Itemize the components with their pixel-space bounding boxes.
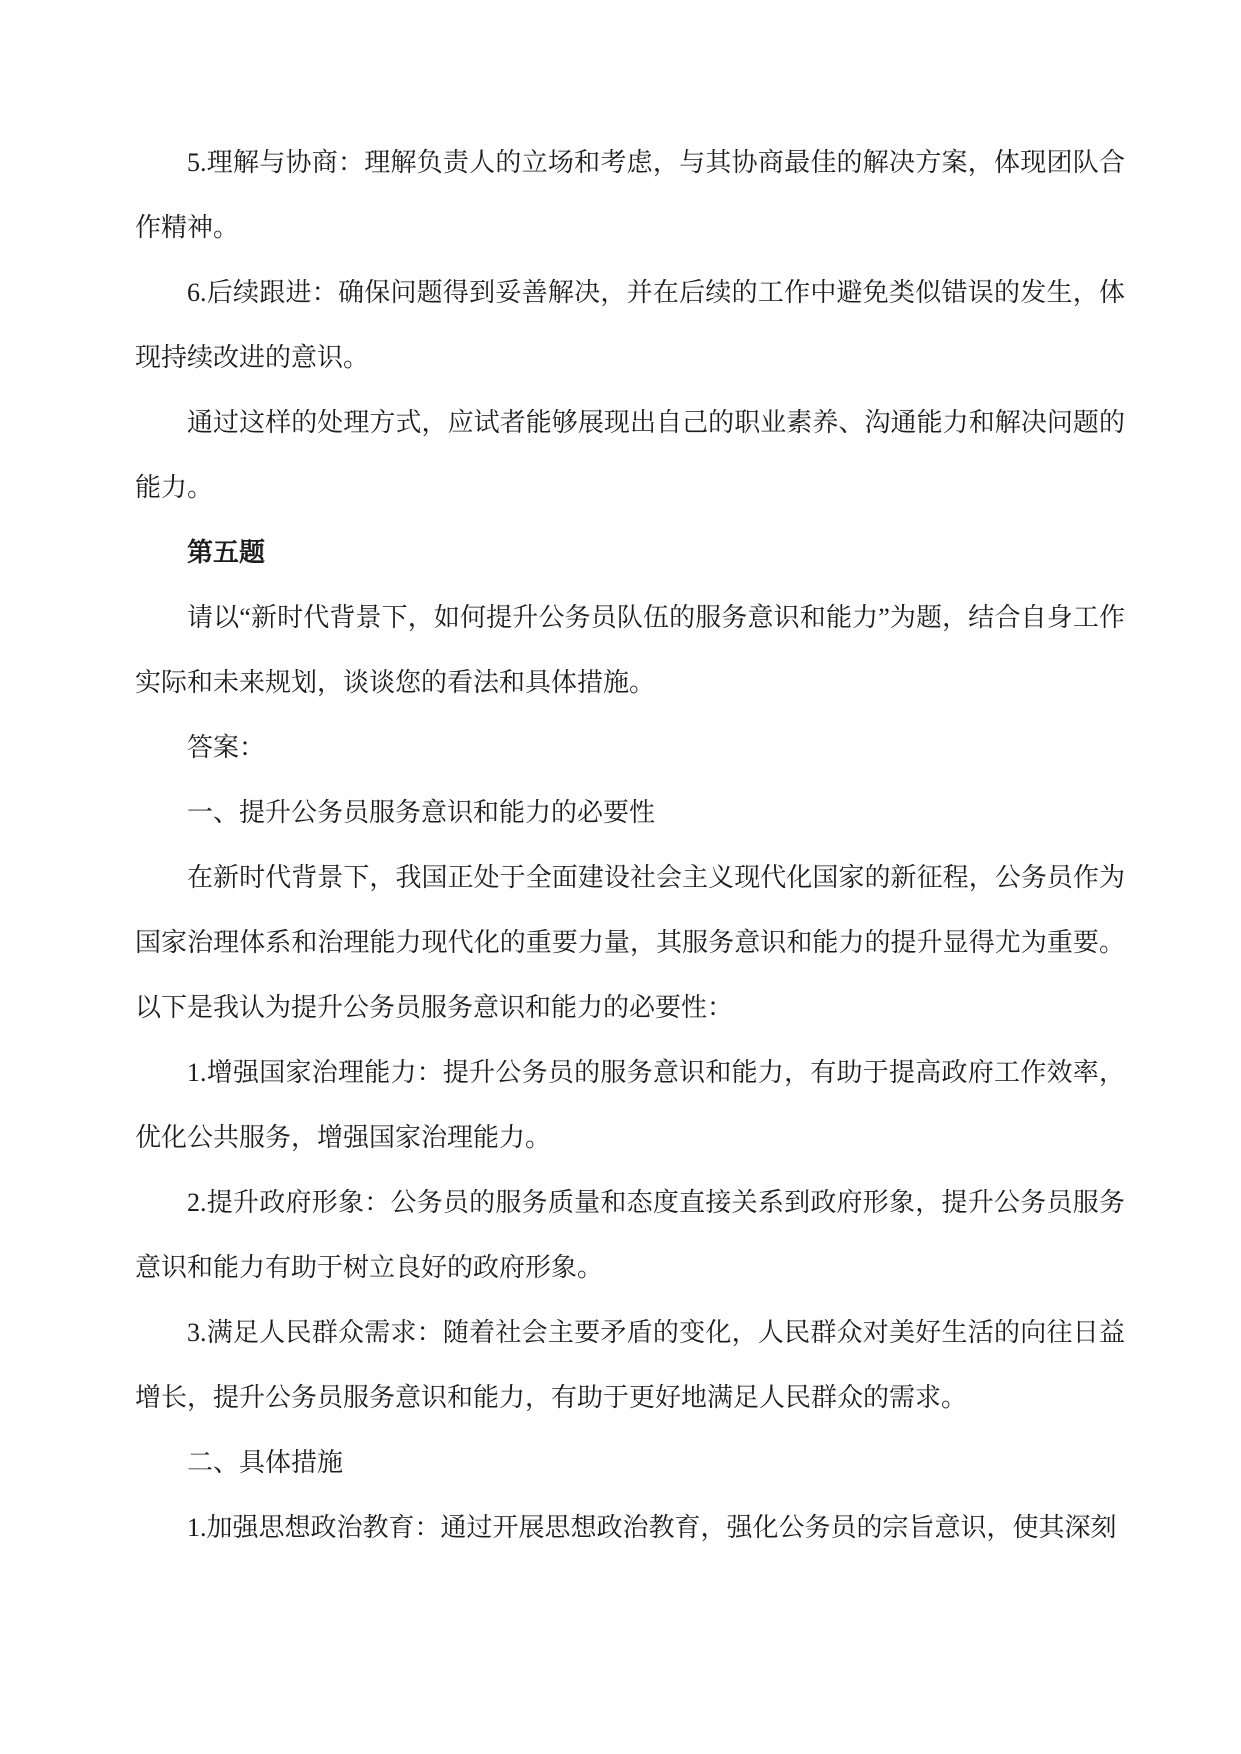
paragraph-necessity-intro: 在新时代背景下，我国正处于全面建设社会主义现代化国家的新征程，公务员作为国家治理… — [135, 845, 1125, 1040]
paragraph-measure-item-1: 1.加强思想政治教育：通过开展思想政治教育，强化公务员的宗旨意识，使其深刻 — [135, 1495, 1125, 1560]
document-content: 5.理解与协商：理解负责人的立场和考虑，与其协商最佳的解决方案，体现团队合作精神… — [135, 130, 1125, 1560]
paragraph-item-5-understanding-negotiation: 5.理解与协商：理解负责人的立场和考虑，与其协商最佳的解决方案，体现团队合作精神… — [135, 130, 1125, 260]
paragraph-question-prompt: 请以“新时代背景下，如何提升公务员队伍的服务意识和能力”为题，结合自身工作实际和… — [135, 585, 1125, 715]
paragraph-summary: 通过这样的处理方式，应试者能够展现出自己的职业素养、沟通能力和解决问题的能力。 — [135, 390, 1125, 520]
paragraph-item-6-follow-up: 6.后续跟进：确保问题得到妥善解决，并在后续的工作中避免类似错误的发生，体现持续… — [135, 260, 1125, 390]
document-page: 5.理解与协商：理解负责人的立场和考虑，与其协商最佳的解决方案，体现团队合作精神… — [0, 0, 1241, 1754]
paragraph-section-two-title: 二、具体措施 — [135, 1430, 1125, 1495]
paragraph-necessity-item-2: 2.提升政府形象：公务员的服务质量和态度直接关系到政府形象，提升公务员服务意识和… — [135, 1170, 1125, 1300]
paragraph-answer-label: 答案： — [135, 715, 1125, 780]
paragraph-section-one-title: 一、提升公务员服务意识和能力的必要性 — [135, 780, 1125, 845]
section-heading-question-5: 第五题 — [135, 520, 1125, 585]
paragraph-necessity-item-3: 3.满足人民群众需求：随着社会主要矛盾的变化，人民群众对美好生活的向往日益增长，… — [135, 1300, 1125, 1430]
paragraph-necessity-item-1: 1.增强国家治理能力：提升公务员的服务意识和能力，有助于提高政府工作效率，优化公… — [135, 1040, 1125, 1170]
